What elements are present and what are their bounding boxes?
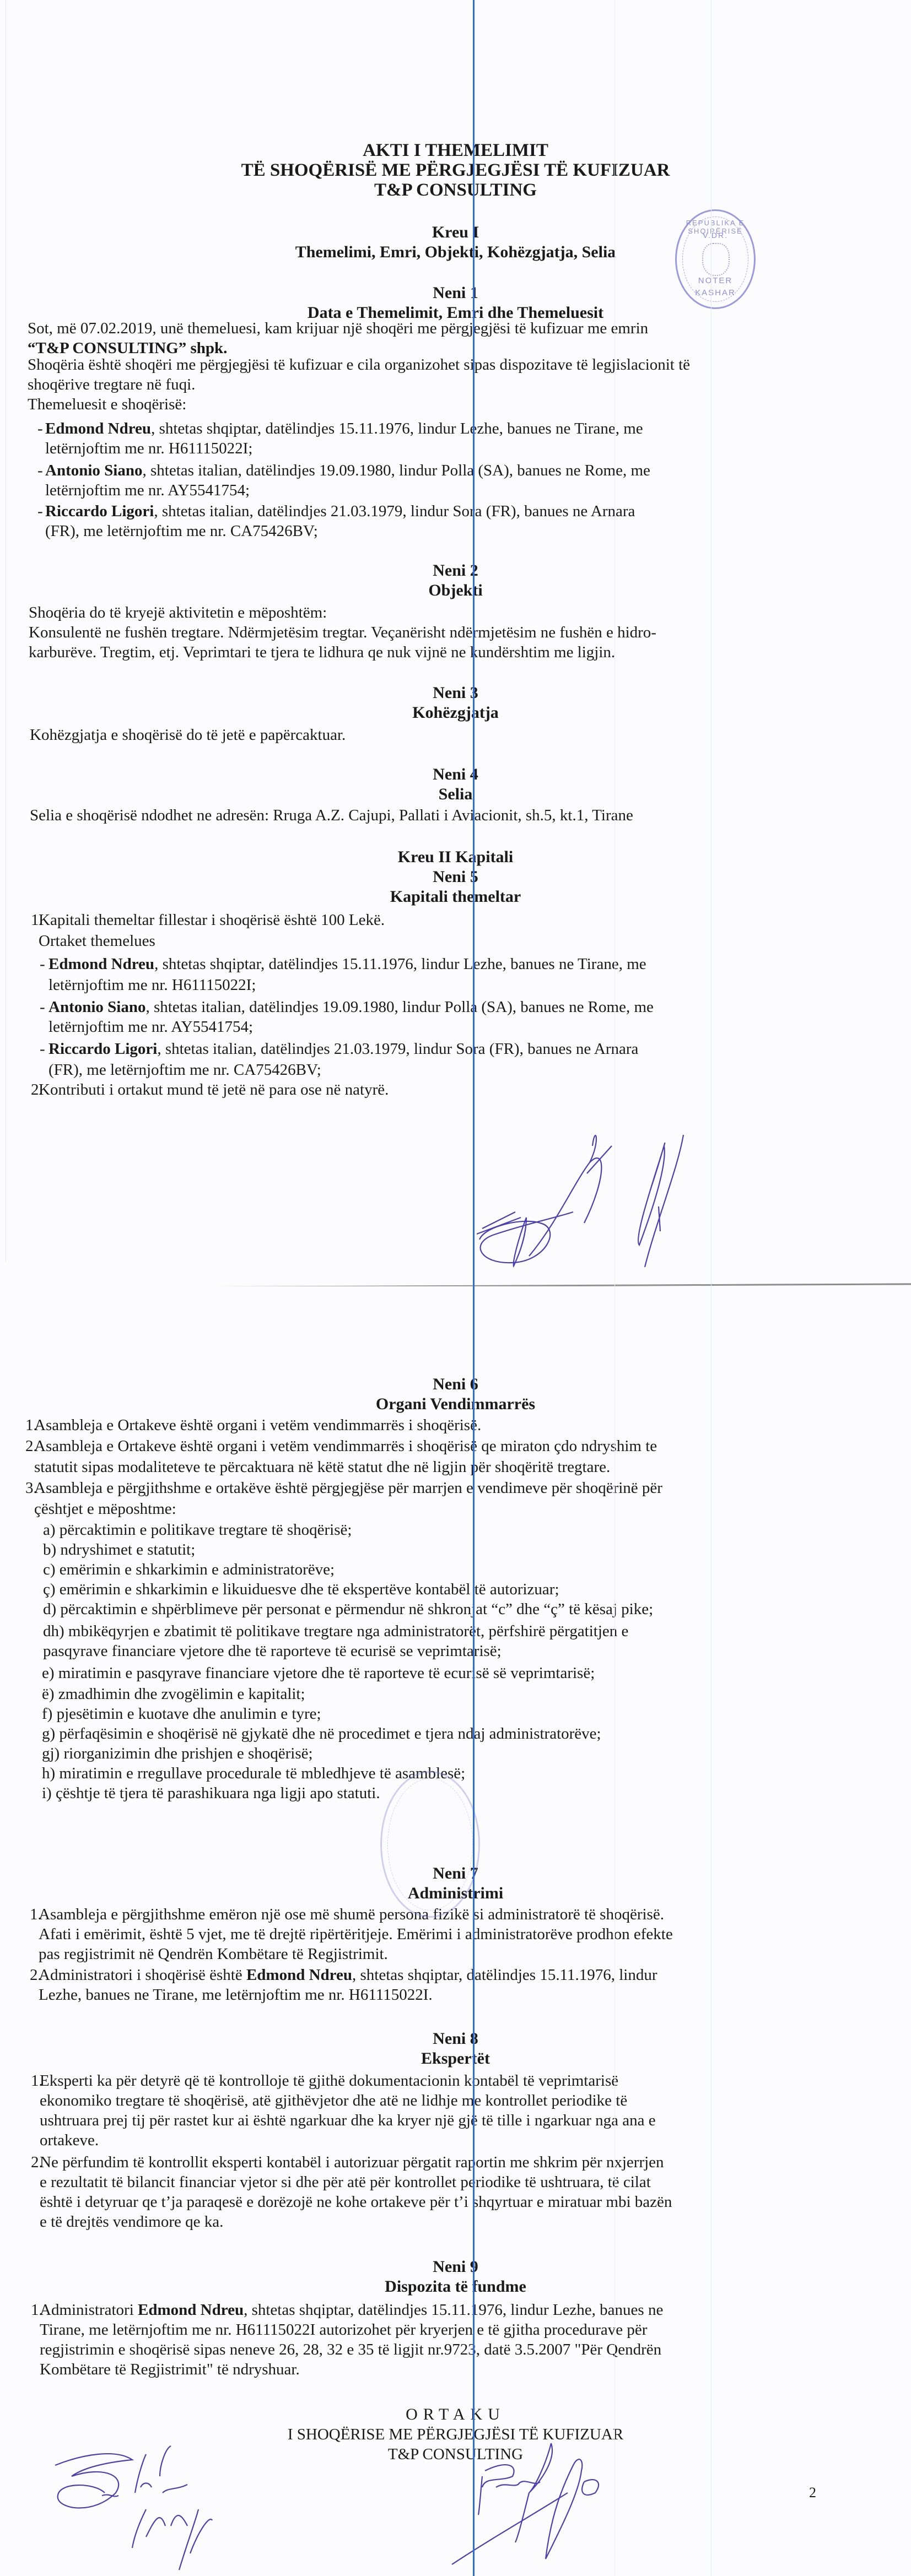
neni-2-line-3: karburëve. Tregtim, etj. Veprimtari te t…	[29, 642, 615, 662]
subitem-e: e) miratimin e pasqyrave financiare vjet…	[42, 1663, 595, 1683]
neni-8-item-1-line-3: ushtruara prej tij për rastet kur ai ësh…	[40, 2110, 656, 2130]
founders-label: Themeluesit e shoqërisë:	[28, 394, 186, 414]
neni-8-item-1-line-2: ekonomiko tregtare të shoqërisë, atë gji…	[40, 2091, 627, 2110]
neni-3-title: Kohëzgjatja	[0, 703, 911, 723]
neni-7-item-1-line-3: pas regjistrimit në Qendrën Kombëtare të…	[39, 1944, 388, 1964]
subitem-b: b) ndryshimet e statutit;	[43, 1540, 195, 1560]
neni-5-item-1: Kapitali themeltar fillestar i shoqërisë…	[39, 910, 385, 930]
neni-7-item-2-line-2: Lezhe, banues ne Tirane, me letërnjoftim…	[39, 1985, 433, 2005]
neni-8-item-2-line-3: është i detyruar qe t’ja paraqesë e dorë…	[40, 2192, 672, 2212]
neni-8-item-2-line-2: e rezultatit të bilancit financiar vjeto…	[40, 2172, 651, 2192]
scan-edge-line	[6, 0, 6, 1262]
list-bullet: -	[37, 419, 43, 439]
neni-2-label: Neni 2	[0, 561, 911, 581]
neni-6-label: Neni 6	[0, 1374, 911, 1394]
subitem-h: h) miratimin e rregullave procedurale të…	[42, 1763, 465, 1783]
neni-9-line-3: regjistrimin e shoqërisë sipas neneve 26…	[40, 2340, 661, 2359]
founder-antonio-siano: Antonio Siano, shtetas italian, datëlind…	[45, 461, 650, 480]
founder-riccardo-ligori: Riccardo Ligori, shtetas italian, datëli…	[45, 501, 635, 521]
page-number: 2	[809, 2485, 816, 2501]
document-title-company: T&P CONSULTING	[0, 180, 911, 201]
founder-antonio-siano-id: letërnjoftim me nr. AY5541754;	[45, 480, 250, 500]
subitem-dh-continued: pasqyrave financiare vjetore dhe të rapo…	[43, 1641, 502, 1661]
founder-edmond-ndreu-id: letërnjoftim me nr. H61115022I;	[45, 439, 252, 458]
stamp-text-bottom: NOTER	[677, 276, 754, 285]
list-bullet: -	[37, 461, 43, 480]
neni-9-label: Neni 9	[0, 2257, 911, 2277]
stamp-text-inner: V.DR.	[677, 231, 754, 240]
neni-5-item-2: Kontributi i ortakut mund të jetë në par…	[39, 1080, 389, 1100]
partner-edmond-ndreu-id: letërnjoftim me nr. H61115022I;	[48, 975, 256, 995]
neni-7-item-1-line-1: Asambleja e përgjithshme emëron një ose …	[39, 1904, 664, 1924]
neni-3-text: Kohëzgjatja e shoqërisë do të jetë e pap…	[30, 725, 346, 745]
document-page-2: Neni 6 Organi Vendimmarrës 1. Asambleja …	[0, 1286, 911, 2576]
document-page-1: AKTI I THEMELIMIT TË SHOQËRISË ME PËRGJE…	[0, 0, 911, 1286]
neni-6-item-3-line-1: Asambleja e përgjithshme e ortakëve ësht…	[34, 1478, 662, 1498]
partners-label: Ortaket themelues	[39, 931, 155, 951]
scan-artifact-line	[711, 0, 711, 2576]
partner-riccardo-ligori: Riccardo Ligori, shtetas italian, datëli…	[48, 1039, 638, 1059]
subitem-d: d) përcaktimin e shpërblimeve për person…	[43, 1599, 653, 1619]
partner-antonio-siano: Antonio Siano, shtetas italian, datëlind…	[48, 997, 654, 1017]
subitem-gj: gj) riorganizimin dhe prishjen e shoqëri…	[42, 1744, 313, 1763]
founder-edmond-ndreu: Edmond Ndreu, shtetas shqiptar, datëlind…	[45, 419, 643, 439]
neni-8-item-1-line-1: Eksperti ka për detyrë që të kontrolloje…	[40, 2071, 618, 2091]
neni-4-title: Selia	[0, 784, 911, 804]
neni-6-title: Organi Vendimmarrës	[0, 1394, 911, 1414]
subitem-g: g) përfaqësimin e shoqërisë në gjykatë d…	[42, 1724, 601, 1744]
neni-6-item-1: Asambleja e Ortakeve është organi i vetë…	[34, 1415, 481, 1435]
guide-line	[473, 0, 475, 2576]
closing-ortaku: ORTAKU	[0, 2405, 911, 2425]
neni-8-title: Ekspertët	[0, 2049, 911, 2069]
neni-6-item-3-line-2: çështjet e mëposhtme:	[34, 1499, 176, 1519]
eagle-emblem-icon	[702, 243, 730, 276]
neni-8-item-2-line-1: Ne përfundim të kontrollit eksperti kont…	[40, 2152, 664, 2172]
stamp-text-name: KASHAR	[677, 288, 754, 297]
partner-edmond-ndreu: Edmond Ndreu, shtetas shqiptar, datëlind…	[48, 954, 646, 974]
kreu-2-label: Kreu II Kapitali	[0, 847, 911, 867]
signature-page-1	[474, 1124, 783, 1289]
neni-7-item-2-line-1: Administratori i shoqërisë është Edmond …	[39, 1965, 657, 1985]
neni-4-label: Neni 4	[0, 765, 911, 784]
neni-1-paragraph-line-1: Shoqëria është shoqëri me përgjegjësi të…	[28, 355, 690, 375]
neni-9-line-2: Tirane, me letërnjoftim me nr. H61115022…	[40, 2320, 647, 2340]
kreu-1-subtitle: Themelimi, Emri, Objekti, Kohëzgjatja, S…	[0, 242, 911, 262]
neni-9-line-1: Administratori Edmond Ndreu, shtetas shq…	[40, 2300, 663, 2320]
document-title: AKTI I THEMELIMIT	[0, 140, 911, 161]
subitem-c-cedilla: ç) emërimin e shkarkimin e likuiduesve d…	[43, 1579, 559, 1599]
neni-2-title: Objekti	[0, 581, 911, 600]
subitem-c: c) emërimin e shkarkimin e administrator…	[43, 1560, 335, 1579]
neni-3-label: Neni 3	[0, 683, 911, 703]
founder-riccardo-ligori-id: (FR), me letërnjoftim me nr. CA75426BV;	[45, 521, 318, 541]
kreu-1-label: Kreu I	[0, 223, 911, 242]
document-title-line-2: TË SHOQËRISË ME PËRGJEGJËSI TË KUFIZUAR	[0, 160, 911, 181]
notary-stamp-faint	[380, 1771, 480, 1918]
neni-2-line-1: Shoqëria do të kryejë aktivitetin e mëpo…	[29, 603, 327, 623]
partner-riccardo-ligori-id: (FR), me letërnjoftim me nr. CA75426BV;	[48, 1060, 321, 1080]
neni-1-label: Neni 1	[0, 283, 911, 303]
neni-8-label: Neni 8	[0, 2029, 911, 2049]
neni-1-paragraph-line-2: shoqërive tregtare në fuqi.	[28, 375, 195, 394]
neni-9-title: Dispozita të fundme	[0, 2277, 911, 2297]
list-bullet: -	[37, 501, 43, 521]
signature-riccardo-ligori	[386, 2438, 694, 2575]
neni-4-text: Selia e shoqërisë ndodhet ne adresën: Rr…	[30, 805, 633, 825]
notary-stamp: REPUBLIKA E SHQIPËRISË V.DR. NOTER KASHA…	[675, 209, 756, 309]
list-bullet: -	[40, 954, 45, 974]
neni-8-item-2-line-4: e të drejtës vendimore qe ka.	[40, 2212, 223, 2232]
neni-1-intro: Sot, më 07.02.2019, unë themeluesi, kam …	[28, 318, 648, 338]
signature-antonio-siano	[50, 2443, 336, 2575]
subitem-e-diaeresis: ë) zmadhimin dhe zvogëlimin e kapitalit;	[42, 1684, 305, 1704]
subitem-i: i) çështje të tjera të parashikuara nga …	[42, 1783, 380, 1803]
scan-artifact-line	[614, 0, 615, 2576]
neni-9-line-4: Kombëtare të Regjistrimit" të ndryshuar.	[40, 2359, 300, 2379]
list-bullet: -	[40, 997, 45, 1017]
neni-6-item-2-line-1: Asambleja e Ortakeve është organi i vetë…	[34, 1436, 657, 1456]
neni-2-line-2: Konsulentë ne fushën tregtare. Ndërmjetë…	[29, 623, 656, 642]
neni-6-item-2-line-2: statutit sipas modaliteteve te përcaktua…	[34, 1457, 610, 1477]
neni-8-item-1-line-4: ortakeve.	[40, 2130, 99, 2150]
subitem-dh: dh) mbikëqyrjen e zbatimit të politikave…	[43, 1621, 628, 1641]
subitem-f: f) pjesëtimin e kuotave dhe anulimin e t…	[42, 1704, 321, 1724]
partner-antonio-siano-id: letërnjoftim me nr. AY5541754;	[48, 1017, 253, 1037]
list-bullet: -	[40, 1039, 45, 1059]
neni-5-label: Neni 5	[0, 867, 911, 887]
neni-5-title: Kapitali themeltar	[0, 887, 911, 907]
neni-7-item-1-line-2: Afati i emërimit, është 5 vjet, me të dr…	[39, 1924, 673, 1944]
subitem-a: a) përcaktimin e politikave tregtare të …	[43, 1520, 352, 1540]
